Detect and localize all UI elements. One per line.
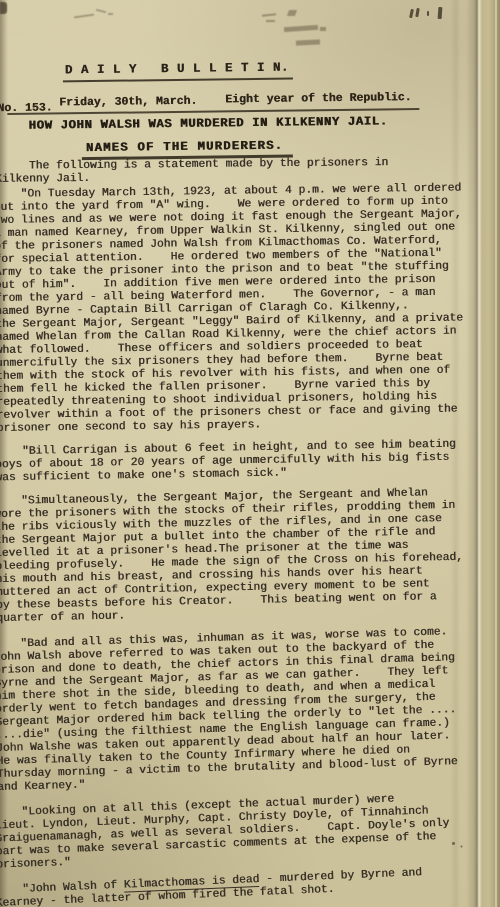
issue-date-line: No. 153. Friday, 30th, March. Eight year… bbox=[7, 91, 419, 115]
paragraph: "Looking on at all this (except the actu… bbox=[0, 790, 498, 872]
pen-test-marks bbox=[410, 5, 450, 23]
masthead-title: D A I L Y B U L L E T I N. bbox=[63, 61, 293, 83]
paragraph: "Simultaneously, the Sergeant Major, the… bbox=[0, 486, 498, 626]
paragraph: "Bad and all as this was, inhuman as it … bbox=[0, 625, 499, 795]
pencil-scribble bbox=[72, 6, 116, 22]
date-text: Friday, 30th, March. bbox=[59, 95, 197, 110]
issue-number: No. 153. bbox=[0, 101, 53, 115]
bulletin-header: D A I L Y B U L L E T I N. No. 153. Frid… bbox=[0, 0, 500, 6]
faded-stamp-mark bbox=[262, 8, 362, 50]
paragraph: "Bill Carrigan is about 6 feet in height… bbox=[0, 438, 497, 485]
scanned-bulletin-page: D A I L Y B U L L E T I N. No. 153. Frid… bbox=[0, 0, 500, 907]
body-text: The following is a statement made by the… bbox=[0, 156, 497, 899]
paragraph: "John Walsh of Kilmacthomas is dead - mu… bbox=[0, 864, 498, 907]
era-text: Eight year of the Republic. bbox=[225, 91, 411, 106]
headline: HOW JOHN WALSH WAS MURDERED IN KILKENNY … bbox=[28, 114, 387, 132]
paragraph: "On Tuesday March 13th, 1923, at about 4… bbox=[0, 182, 499, 436]
ink-blot bbox=[0, 2, 7, 14]
